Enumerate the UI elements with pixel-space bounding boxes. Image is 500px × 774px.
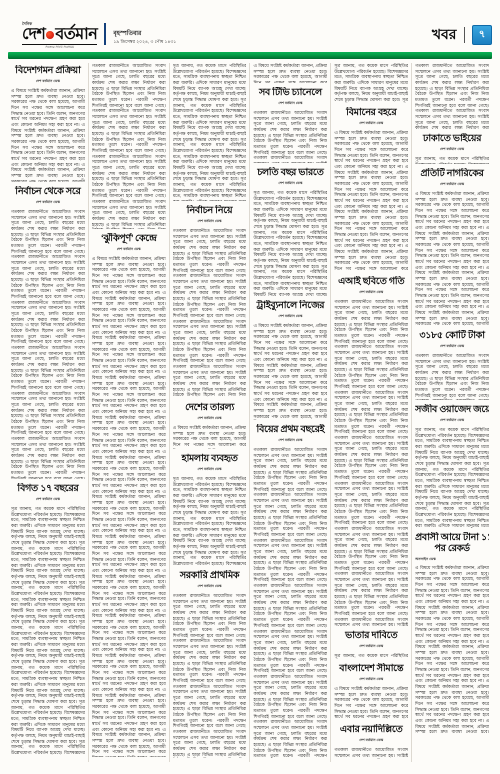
body-text: সূত্র জানায়, গত কয়েক মাসে পরিস্থিতির উ…	[334, 63, 408, 103]
body-text: গতকাল রাজধানীতে আয়োজিত সংবাদ সম্মেলনে এ…	[173, 593, 247, 758]
article-headline-block: সব টিভি চ্যানেলে দেশ বর্তমান ডেস্ক	[253, 85, 327, 109]
headline: দেশের তারল্য	[173, 402, 247, 413]
byline: দেশ বর্তমান ডেস্ক	[415, 417, 489, 424]
article-headline-block: দেশের তারল্য দেশ বর্তমান ডেস্ক	[173, 400, 247, 424]
body-text: এ বিষয়ে সংশ্লিষ্ট কর্মকর্তারা জানান, প্…	[173, 425, 247, 449]
headline: ভাতার দাবিতে	[334, 630, 408, 641]
logo-red-dot-icon	[46, 31, 54, 39]
body-text: গতকাল রাজধানীতে আয়োজিত সংবাদ সম্মেলনে এ…	[334, 299, 408, 626]
logo-text-bartaman: বর্তমান	[55, 27, 97, 43]
date-block: বৃহস্পতিবার ১৯ ডিসেম্বর ২০২৪, ৩ পৌষ ১৪৩১	[113, 31, 176, 45]
body-text: এ বিষয়ে সংশ্লিষ্ট কর্মকর্তারা জানান, প্…	[253, 323, 327, 420]
byline: দেশ বর্তমান ডেস্ক	[173, 415, 247, 422]
edition-label: দৈনিক	[22, 22, 97, 26]
headline: চলতি বছর ভারতে	[253, 167, 327, 178]
article-headline-block: প্রবাসী আয়ে টানা ১১ মাস পর রেকর্ড অনলাই…	[415, 530, 489, 564]
headline-line-1: প্রবাসী আয়ে টানা ১১ মাস	[415, 532, 489, 543]
byline: দেশ বর্তমান ডেস্ক	[334, 676, 408, 683]
masthead: দৈনিক দেশ বর্তমান সত্যের সাথে সবসময় বৃহ…	[0, 0, 500, 52]
byline: দেশ বর্তমান ডেস্ক	[253, 180, 327, 187]
logo-tagline: সত্যের সাথে সবসময়	[22, 46, 97, 50]
headline: ঢাকাতে ভাইয়ের	[415, 133, 489, 144]
headline: বিমানের বহরে	[334, 107, 408, 118]
body-text: গতকাল রাজধানীতে আয়োজিত সংবাদ সম্মেলনে এ…	[415, 63, 489, 129]
body-text: সূত্র জানায়, গত কয়েক মাসে পরিস্থিতির উ…	[415, 427, 489, 528]
headline: প্রতিটি নাগরিকের	[415, 168, 489, 179]
masthead-divider	[104, 23, 106, 45]
body-text: গতকাল রাজধানীতে আয়োজিত সংবাদ সম্মেলনে এ…	[11, 209, 85, 479]
headline: সব টিভি চ্যানেলে	[253, 87, 327, 98]
body-text: গতকাল রাজধানীতে আয়োজিত সংবাদ সম্মেলনে এ…	[173, 228, 247, 398]
byline: অনলাইন ডেস্ক	[415, 556, 489, 563]
byline: দেশ বর্তমান ডেস্ক	[92, 246, 166, 253]
byline: দেশ বর্তমান ডেস্ক	[253, 437, 327, 444]
body-text: এ বিষয়ে সংশ্লিষ্ট কর্মকর্তারা জানান, প্…	[334, 686, 408, 720]
body-text: এ বিষয়ে সংশ্লিষ্ট কর্মকর্তারা জানান, প্…	[92, 256, 166, 757]
newspaper-logo: দৈনিক দেশ বর্তমান সত্যের সাথে সবসময়	[22, 22, 97, 50]
article-headline-block: বিদেশগমন প্রক্রিয়া দেশ বর্তমান ডেস্ক	[11, 63, 85, 87]
byline: দেশ বর্তমান ডেস্ক	[11, 496, 85, 503]
weekday-label: বৃহস্পতিবার	[113, 31, 176, 39]
byline: দেশ বর্তমান ডেস্ক	[253, 100, 327, 107]
column-5: সূত্র জানায়, গত কয়েক মাসে পরিস্থিতির উ…	[330, 63, 411, 762]
body-text: সূত্র জানায়, গত কয়েক মাসে পরিস্থিতির উ…	[173, 476, 247, 566]
body-text: সূত্র জানায়, গত কয়েক মাসে পরিস্থিতির উ…	[334, 653, 408, 659]
body-text: এ বিষয়ে সংশ্লিষ্ট কর্মকর্তারা জানান, প্…	[11, 88, 85, 182]
byline: দেশ বর্তমান ডেস্ক	[11, 78, 85, 85]
byline: দেশ বর্তমান ডেস্ক	[334, 643, 408, 650]
byline: দেশ বর্তমান ডেস্ক	[334, 737, 408, 744]
byline: দেশ বর্তমান ডেস্ক	[415, 146, 489, 153]
byline: দেশ বর্তমান ডেস্ক	[173, 218, 247, 225]
section-divider	[464, 27, 466, 43]
headline: বাংলাদেশ সীমান্তে	[334, 663, 408, 674]
byline: দেশ বর্তমান ডেস্ক	[415, 181, 489, 188]
article-headline-block: চলতি বছর ভারতে দেশ বর্তমান ডেস্ক	[253, 165, 327, 189]
article-headline-block: বিমানের বহরে দেশ বর্তমান ডেস্ক	[334, 105, 408, 129]
headline: ট্রাইব্যুনালে নিজের	[253, 300, 327, 311]
article-headline-block: ঢাকাতে ভাইয়ের দেশ বর্তমান ডেস্ক	[415, 131, 489, 155]
column-3: সূত্র জানায়, গত কয়েক মাসে পরিস্থিতির উ…	[169, 63, 250, 762]
headline: নির্বাচন নিয়ে	[173, 205, 247, 216]
column-6: গতকাল রাজধানীতে আয়োজিত সংবাদ সম্মেলনে এ…	[411, 63, 492, 762]
body-text: গতকাল রাজধানীতে আয়োজিত সংবাদ সম্মেলনে এ…	[92, 63, 166, 229]
body-text: গতকাল রাজধানীতে আয়োজিত সংবাদ সম্মেলনে এ…	[253, 110, 327, 163]
byline: দেশ বর্তমান ডেস্ক	[415, 343, 489, 350]
body-text: এ বিষয়ে সংশ্লিষ্ট কর্মকর্তারা জানান, প্…	[334, 130, 408, 272]
article-headline-block: সরকারি প্রাথমিক দেশ বর্তমান ডেস্ক	[173, 568, 247, 592]
article-headline-block: ভাতার দাবিতে দেশ বর্তমান ডেস্ক	[334, 628, 408, 652]
article-headline-block: বিগত ১৭ বছরের দেশ বর্তমান ডেস্ক	[11, 481, 85, 505]
headline: নির্বাচন থেকে সরে	[11, 186, 85, 197]
article-headline-block: সজীব ওয়াজেদ জয়ের দেশ বর্তমান ডেস্ক	[415, 402, 489, 426]
headline: এবার নয়াদিল্লিতে	[334, 724, 408, 735]
article-headline-block: নির্বাচন থেকে সরে দেশ বর্তমান ডেস্ক	[11, 184, 85, 208]
logo-wordmark: দেশ বর্তমান	[22, 27, 97, 43]
headline: ৩১৮৫ কোটি টাকা	[415, 330, 489, 341]
byline: দেশ বর্তমান ডেস্ক	[334, 289, 408, 296]
column-2: গতকাল রাজধানীতে আয়োজিত সংবাদ সম্মেলনে এ…	[88, 63, 169, 762]
article-headline-block: এআই ছবিতে গতি দেশ বর্তমান ডেস্ক	[334, 274, 408, 298]
body-text: এ বিষয়ে সংশ্লিষ্ট কর্মকর্তারা জানান, প্…	[253, 63, 327, 83]
page-content: বিদেশগমন প্রক্রিয়া দেশ বর্তমান ডেস্ক এ …	[8, 63, 492, 762]
byline: দেশ বর্তমান ডেস্ক	[173, 466, 247, 473]
article-headline-block: এবার নয়াদিল্লিতে দেশ বর্তমান ডেস্ক	[334, 722, 408, 746]
newspaper-page: দৈনিক দেশ বর্তমান সত্যের সাথে সবসময় বৃহ…	[0, 0, 500, 774]
section-block: খবর ৭	[432, 23, 492, 47]
byline: দেশ বর্তমান ডেস্ক	[173, 583, 247, 590]
article-headline-block: ট্রাইব্যুনালে নিজের দেশ বর্তমান ডেস্ক	[253, 298, 327, 322]
headline: সরকারি প্রাথমিক	[173, 570, 247, 581]
body-text: সূত্র জানায়, গত কয়েক মাসে পরিস্থিতির উ…	[173, 63, 247, 201]
article-headline-block: হামলায় ব্যবহৃত দেশ বর্তমান ডেস্ক	[173, 451, 247, 475]
article-headline-block: ‘ঝুঁকিপূর্ণ’ কেন্দ্রে দেশ বর্তমান ডেস্ক	[92, 231, 166, 255]
headline: বিয়ের প্রথম বছরেই	[253, 424, 327, 435]
page-number-badge: ৭	[472, 25, 492, 45]
body-text: গতকাল রাজধানীতে আয়োজিত সংবাদ সম্মেলনে এ…	[253, 447, 327, 758]
article-headline-block: নির্বাচন নিয়ে দেশ বর্তমান ডেস্ক	[173, 203, 247, 227]
article-headline-block: প্রতিটি নাগরিকের দেশ বর্তমান ডেস্ক	[415, 166, 489, 190]
article-headline-block: বিয়ের প্রথম বছরেই দেশ বর্তমান ডেস্ক	[253, 422, 327, 446]
column-1: বিদেশগমন প্রক্রিয়া দেশ বর্তমান ডেস্ক এ …	[8, 63, 88, 762]
body-text: গতকাল রাজধানীতে আয়োজিত সংবাদ সম্মেলনে এ…	[334, 747, 408, 759]
body-text: সূত্র জানায়, গত কয়েক মাসে পরিস্থিতির উ…	[11, 506, 85, 755]
headline: ‘ঝুঁকিপূর্ণ’ কেন্দ্রে	[92, 233, 166, 244]
column-4: এ বিষয়ে সংশ্লিষ্ট কর্মকর্তারা জানান, প্…	[249, 63, 330, 762]
byline: দেশ বর্তমান ডেস্ক	[334, 120, 408, 127]
body-text: সূত্র জানায়, গত কয়েক মাসে পরিস্থিতির উ…	[253, 190, 327, 296]
headline: হামলায় ব্যবহৃত	[173, 453, 247, 464]
headline: সজীব ওয়াজেদ জয়ের	[415, 404, 489, 415]
headline: এআই ছবিতে গতি	[334, 276, 408, 287]
byline: দেশ বর্তমান ডেস্ক	[253, 313, 327, 320]
byline: দেশ বর্তমান ডেস্ক	[11, 199, 85, 206]
section-title: খবর	[432, 23, 457, 47]
logo-text-desh: দেশ	[22, 27, 45, 43]
date-line: ১৯ ডিসেম্বর ২০২৪, ৩ পৌষ ১৪৩১	[113, 39, 176, 45]
body-text: সূত্র জানায়, গত কয়েক মাসে পরিস্থিতির উ…	[415, 156, 489, 164]
body-text: এ বিষয়ে সংশ্লিষ্ট কর্মকর্তারা জানান, প্…	[415, 191, 489, 326]
headline-line-2: পর রেকর্ড	[415, 543, 489, 554]
body-text: এ বিষয়ে সংশ্লিষ্ট কর্মকর্তারা জানান, প্…	[415, 565, 489, 733]
green-rule	[8, 52, 492, 59]
body-text: গতকাল রাজধানীতে আয়োজিত সংবাদ সম্মেলনে এ…	[415, 353, 489, 400]
article-headline-block: ৩১৮৫ কোটি টাকা দেশ বর্তমান ডেস্ক	[415, 328, 489, 352]
headline: বিদেশগমন প্রক্রিয়া	[11, 65, 85, 76]
headline: বিগত ১৭ বছরের	[11, 483, 85, 494]
article-headline-block: বাংলাদেশ সীমান্তে দেশ বর্তমান ডেস্ক	[334, 661, 408, 685]
